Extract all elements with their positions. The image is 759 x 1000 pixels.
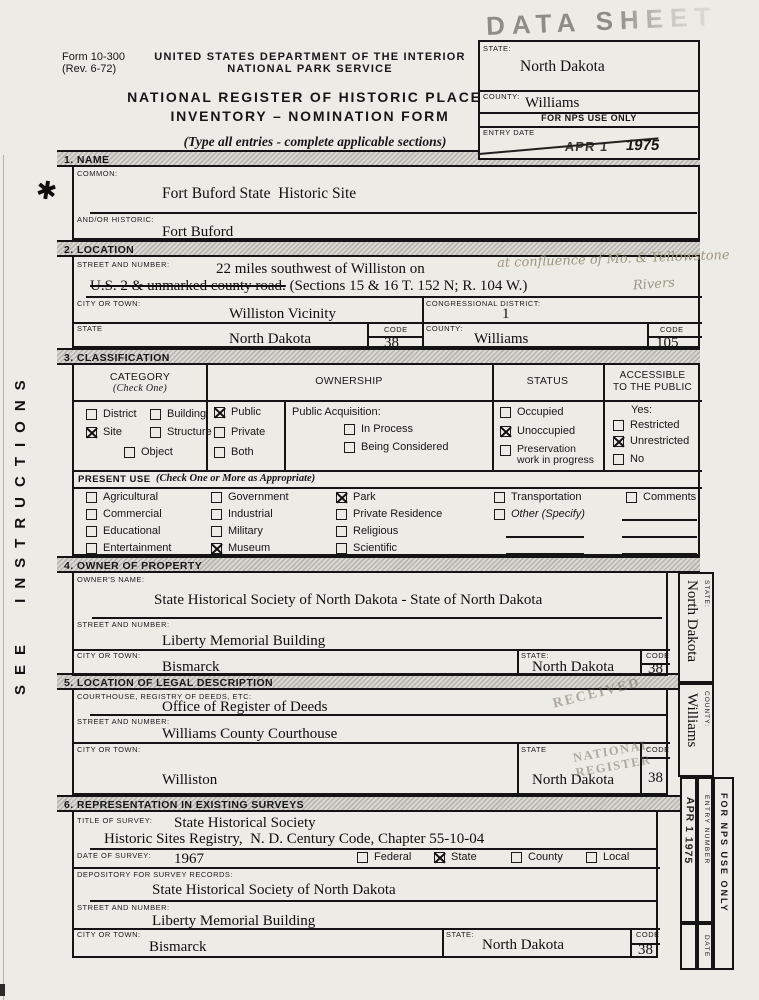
cell-divider — [517, 649, 519, 676]
state-value: North Dakota — [520, 58, 605, 76]
checkbox-military — [211, 526, 222, 537]
cell-divider — [442, 928, 444, 958]
checkbox-private — [214, 427, 225, 438]
code-label: CODE — [646, 651, 670, 660]
checkbox-private-label: Private — [231, 426, 265, 438]
scanned-form-page: Form 10-300 (Rev. 6-72) UNITED STATES DE… — [0, 0, 759, 1000]
checkbox-comments — [626, 492, 637, 503]
checkbox-restricted — [613, 420, 624, 431]
checkbox-object — [124, 447, 135, 458]
city-label: CITY OR TOWN: — [77, 930, 141, 939]
state-label: STATE: — [483, 44, 511, 53]
checkbox-in-process — [344, 424, 355, 435]
code-value: 38 — [638, 942, 653, 959]
county-label: COUNTY: — [426, 324, 463, 333]
form-title: NATIONAL REGISTER OF HISTORIC PLACES INV… — [100, 88, 520, 126]
checkbox-unrestricted — [613, 436, 624, 447]
checkbox-restricted-label: Restricted — [630, 419, 680, 431]
checkbox-preservation-work-label: Preservation work in progress — [517, 444, 599, 466]
checkbox-entertainment — [86, 543, 97, 554]
scan-corner-mark — [0, 984, 5, 996]
blank-write-in-line — [622, 536, 697, 538]
checkbox-no-label: No — [630, 453, 644, 465]
checkbox-being-considered — [344, 442, 355, 453]
rule-line — [90, 900, 656, 902]
entry-number-stamp: APR 1 1975 — [682, 797, 696, 865]
street-value-line2: U.S. 2 & unmarked county road. (Sections… — [90, 278, 527, 295]
handwritten-star-mark: ✱ — [34, 175, 59, 208]
checkbox-religious-label: Religious — [353, 525, 398, 537]
congressional-district-label: CONGRESSIONAL DISTRICT: — [426, 299, 541, 308]
checkbox-park — [336, 492, 347, 503]
historic-label: AND/OR HISTORIC: — [77, 215, 154, 224]
surveys-section-area: TITLE OF SURVEY: State Historical Societ… — [72, 812, 658, 958]
depository-value: State Historical Society of North Dakota — [152, 882, 396, 899]
date-of-survey-label: DATE OF SURVEY: — [77, 851, 151, 860]
county-value: Williams — [525, 95, 579, 112]
checkbox-public-label: Public — [231, 406, 261, 418]
cell-divider — [422, 322, 424, 348]
blank-write-in-line — [506, 536, 584, 538]
section-3-header-bar: 3. CLASSIFICATION — [57, 348, 700, 365]
checkbox-park-label: Park — [353, 491, 376, 503]
checkbox-no — [613, 454, 624, 465]
category-column-header: CATEGORY — [74, 371, 206, 383]
type-instruction: (Type all entries - complete applicable … — [120, 134, 510, 150]
state-label: STATE — [77, 324, 103, 333]
county-code-label: CODE — [660, 325, 684, 334]
public-acquisition-label: Public Acquisition: — [292, 406, 381, 418]
checkbox-transportation-label: Transportation — [511, 491, 582, 503]
accessible-header-line2: TO THE PUBLIC — [603, 382, 702, 394]
checkbox-local — [586, 852, 597, 863]
nps-state-county-box: STATE: North Dakota COUNTY: Williams FOR… — [478, 40, 700, 160]
street-value-line2-rest: (Sections 15 & 16 T. 152 N; R. 104 W.) — [286, 278, 528, 294]
state-value: North Dakota — [229, 331, 311, 348]
checkbox-occupied-label: Occupied — [517, 406, 563, 418]
checkbox-military-label: Military — [228, 525, 263, 537]
checkbox-scientific-label: Scientific — [353, 542, 397, 554]
city-value: Bismarck — [162, 659, 220, 676]
checkbox-private-residence-label: Private Residence — [353, 508, 442, 520]
rule-line — [90, 714, 668, 716]
blank-write-in-line — [622, 519, 697, 521]
street-label: STREET AND NUMBER: — [77, 903, 170, 912]
cell-divider — [422, 296, 424, 322]
checkbox-agricultural-label: Agricultural — [103, 491, 158, 503]
depository-label: DEPOSITORY FOR SURVEY RECORDS: — [77, 870, 233, 879]
rule-line — [90, 848, 656, 850]
present-use-note: (Check One or More as Appropriate) — [156, 473, 315, 484]
blank-write-in-line — [506, 553, 584, 555]
margin-county-box: Williams COUNTY: — [678, 683, 714, 777]
blank-write-in-line — [622, 553, 697, 555]
checkbox-district — [86, 409, 97, 420]
checkbox-federal-label: Federal — [374, 851, 411, 863]
checkbox-unoccupied — [500, 426, 511, 437]
checkbox-occupied — [500, 407, 511, 418]
checkbox-county-label: County — [528, 851, 563, 863]
checkbox-educational-label: Educational — [103, 525, 161, 537]
category-column-note: (Check One) — [74, 383, 206, 394]
historic-name-value: Fort Buford — [162, 224, 233, 241]
date-label: DATE — [703, 935, 710, 958]
checkbox-commercial-label: Commercial — [103, 508, 162, 520]
status-column-header: STATUS — [492, 375, 603, 387]
rule-line — [74, 470, 702, 472]
state-code-value: 38 — [384, 335, 399, 352]
street-label: STREET AND NUMBER: — [77, 717, 170, 726]
checkbox-building-label: Building — [167, 408, 206, 420]
cell-divider — [367, 322, 369, 348]
ownership-column-header: OWNERSHIP — [206, 375, 492, 387]
title-of-survey-value-line1: State Historical Society — [174, 815, 316, 832]
rule-line — [74, 487, 702, 489]
checkbox-museum — [211, 543, 222, 554]
checkbox-industrial — [211, 509, 222, 520]
state-label: STATE: — [446, 930, 474, 939]
location-section-area: STREET AND NUMBER: 22 miles southwest of… — [72, 257, 700, 348]
form-title-line1: NATIONAL REGISTER OF HISTORIC PLACES — [100, 88, 520, 107]
checkbox-educational — [86, 526, 97, 537]
rule-line — [74, 400, 702, 402]
cell-divider — [647, 322, 649, 348]
section-6-header-bar: 6. REPRESENTATION IN EXISTING SURVEYS — [57, 795, 685, 812]
rule-line — [90, 212, 697, 214]
margin-nps-use-only-box: FOR NPS USE ONLY — [713, 777, 734, 970]
common-label: COMMON: — [77, 169, 118, 178]
code-label: CODE — [636, 930, 660, 939]
margin-state-box: North Dakota STATE: — [678, 572, 714, 683]
checkbox-both — [214, 447, 225, 458]
column-divider — [284, 400, 286, 470]
county-value: Williams — [474, 331, 528, 348]
checkbox-scientific — [336, 543, 347, 554]
street-value-line1: 22 miles southwest of Williston on — [216, 261, 425, 278]
checkbox-unrestricted-label: Unrestricted — [630, 435, 689, 447]
margin-county-label: COUNTY: — [703, 691, 710, 727]
rule-line — [74, 867, 660, 869]
state-value: North Dakota — [532, 659, 614, 676]
date-label-box: DATE — [697, 923, 713, 970]
accessible-column-header: ACCESSIBLE TO THE PUBLIC — [603, 370, 702, 394]
form-title-line2: INVENTORY – NOMINATION FORM — [100, 107, 520, 126]
checkbox-building — [150, 409, 161, 420]
code-value: 38 — [648, 661, 663, 678]
state-code-label: CODE — [384, 325, 408, 334]
present-use-label: PRESENT USE — [78, 474, 151, 485]
checkbox-state — [434, 852, 445, 863]
agency-line2: NATIONAL PARK SERVICE — [115, 63, 505, 75]
checkbox-site — [86, 427, 97, 438]
see-instructions-vertical-text: SEE INSTRUCTIONS — [12, 350, 29, 695]
rule-line — [74, 742, 670, 744]
title-of-survey-value-line2: Historic Sites Registry, N. D. Century C… — [104, 831, 484, 848]
cell-divider — [517, 742, 519, 795]
margin-state-value: North Dakota — [683, 580, 700, 662]
city-value: Bismarck — [149, 939, 207, 956]
owners-name-label: OWNER'S NAME: — [77, 575, 145, 584]
checkbox-public — [214, 407, 225, 418]
margin-county-value: Williams — [683, 693, 700, 747]
checkbox-state-label: State — [451, 851, 477, 863]
checkbox-other — [494, 509, 505, 520]
rule-line — [74, 649, 670, 651]
city-label: CITY OR TOWN: — [77, 299, 141, 308]
accessible-yes-label: Yes: — [631, 404, 652, 416]
checkbox-both-label: Both — [231, 446, 254, 458]
checkbox-comments-label: Comments — [643, 491, 696, 503]
agency-header: UNITED STATES DEPARTMENT OF THE INTERIOR… — [115, 51, 505, 75]
scan-edge-line — [3, 155, 4, 1000]
checkbox-local-label: Local — [603, 851, 629, 863]
city-label: CITY OR TOWN: — [77, 745, 141, 754]
checkbox-industrial-label: Industrial — [228, 508, 273, 520]
county-label: COUNTY: — [483, 92, 520, 101]
code-value: 38 — [648, 770, 663, 787]
street-label: STREET AND NUMBER: — [77, 620, 170, 629]
common-name-value: Fort Buford State Historic Site — [162, 185, 356, 203]
checkbox-site-label: Site — [103, 426, 122, 438]
owners-name-value: State Historical Society of North Dakota… — [154, 592, 542, 609]
date-value-box — [680, 923, 697, 970]
checkbox-object-label: Object — [141, 446, 173, 458]
for-nps-use-only-label: FOR NPS USE ONLY — [480, 113, 698, 123]
street-value: Liberty Memorial Building — [162, 633, 325, 650]
rule-line — [74, 928, 660, 930]
checkbox-entertainment-label: Entertainment — [103, 542, 171, 554]
title-of-survey-label: TITLE OF SURVEY: — [77, 816, 152, 825]
city-value: Williston Vicinity — [229, 306, 336, 323]
checkbox-government — [211, 492, 222, 503]
rule-line — [86, 296, 702, 298]
checkbox-agricultural — [86, 492, 97, 503]
street-label: STREET AND NUMBER: — [77, 260, 170, 269]
margin-state-label: STATE: — [703, 580, 710, 608]
entry-number-value-box: APR 1 1975 — [680, 777, 697, 923]
owner-section-area: OWNER'S NAME: State Historical Society o… — [72, 573, 668, 676]
checkbox-transportation — [494, 492, 505, 503]
checkbox-preservation-work — [500, 445, 511, 456]
section-4-header-bar: 4. OWNER OF PROPERTY — [57, 556, 700, 573]
name-section-area: COMMON: Fort Buford State Historic Site … — [72, 167, 700, 240]
checkbox-being-considered-label: Being Considered — [361, 441, 448, 453]
street-value: Williams County Courthouse — [162, 726, 337, 743]
state-value: North Dakota — [482, 937, 564, 954]
checkbox-county — [511, 852, 522, 863]
checkbox-structure-label: Structure — [167, 426, 212, 438]
margin-nps-use-only-label: FOR NPS USE ONLY — [719, 793, 729, 913]
checkbox-religious — [336, 526, 347, 537]
city-label: CITY OR TOWN: — [77, 651, 141, 660]
agency-line1: UNITED STATES DEPARTMENT OF THE INTERIOR — [115, 51, 505, 63]
county-code-value: 105 — [656, 335, 679, 352]
entry-date-label: ENTRY DATE — [483, 128, 535, 137]
rule-line — [92, 617, 662, 619]
state-label: STATE — [521, 745, 547, 754]
checkbox-museum-label: Museum — [228, 542, 270, 554]
checkbox-district-label: District — [103, 408, 137, 420]
checkbox-structure — [150, 427, 161, 438]
checkbox-federal — [357, 852, 368, 863]
data-sheet-stamp: DATA SHEET — [485, 1, 717, 42]
checkbox-private-residence — [336, 509, 347, 520]
checkbox-commercial — [86, 509, 97, 520]
city-value: Williston — [162, 772, 217, 789]
checkbox-government-label: Government — [228, 491, 289, 503]
rule-line — [74, 322, 702, 324]
checkbox-other-label: Other (Specify) — [511, 508, 585, 520]
date-of-survey-value: 1967 — [174, 851, 204, 868]
checkbox-in-process-label: In Process — [361, 423, 413, 435]
entry-number-label: ENTRY NUMBER — [703, 795, 710, 865]
handwritten-note-line2: Rivers — [633, 276, 676, 294]
struck-text: U.S. 2 & unmarked county road. — [90, 278, 286, 294]
classification-section-area: CATEGORY (Check One) OWNERSHIP STATUS AC… — [72, 365, 700, 556]
checkbox-unoccupied-label: Unoccupied — [517, 425, 575, 437]
accessible-header-line1: ACCESSIBLE — [603, 370, 702, 382]
entry-number-label-box: ENTRY NUMBER — [697, 777, 713, 923]
congressional-district-value: 1 — [502, 306, 510, 323]
